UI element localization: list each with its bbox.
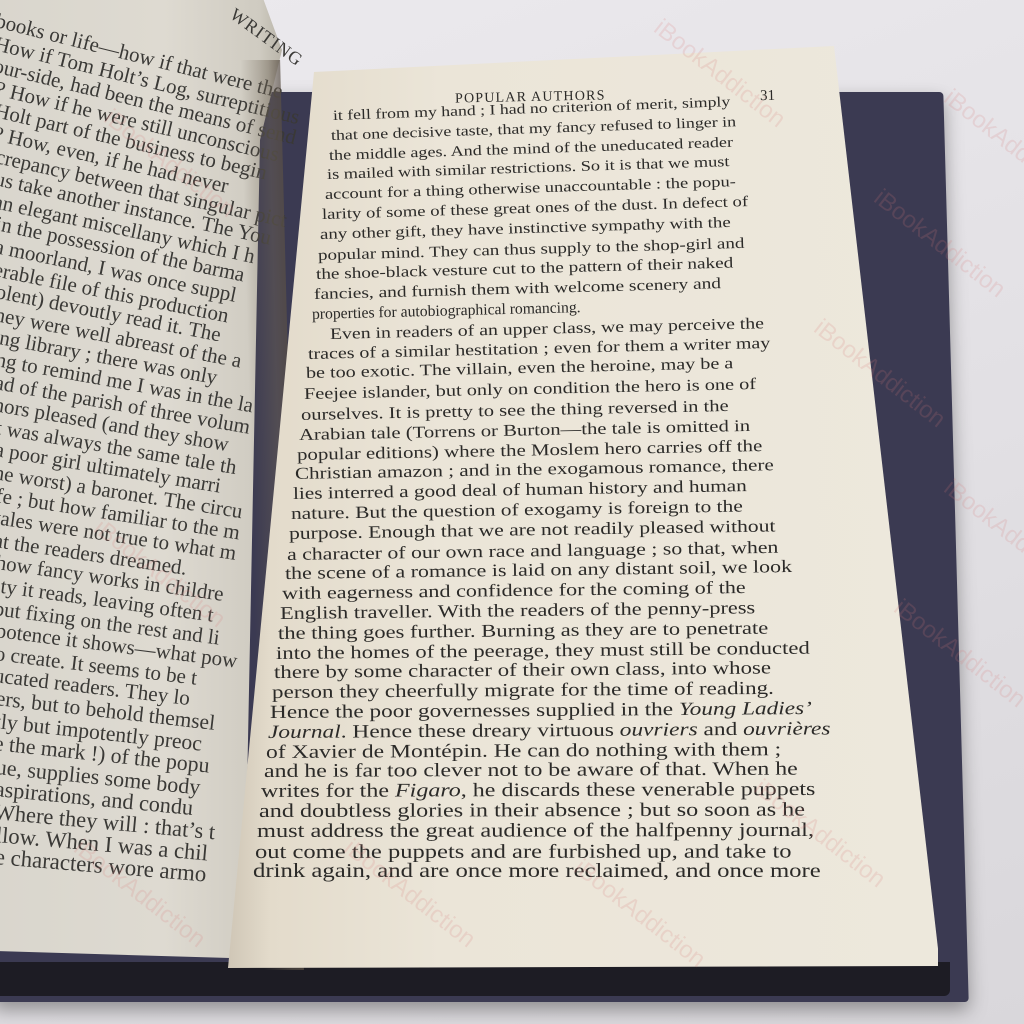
text-line: drink again, and are once more reclaimed…: [253, 860, 821, 883]
text-line: must address the great audience of the h…: [257, 820, 814, 843]
